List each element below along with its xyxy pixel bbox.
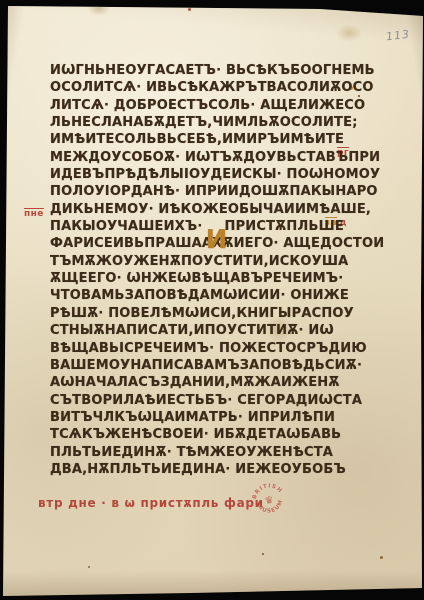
manuscript-line: ТЪМѪЖОУЖЕНѪПОУСТИТИ,ИСКОУША	[50, 253, 362, 270]
manuscript-line: РѢШѪ· ПОВЕЛѢМѠИСИ,КНИГЫРАСПОУ	[50, 305, 362, 322]
manuscript-line: ИѠГНЬНЕОУГАСАЕТЪ· ВЬСѢКЪБООГНЕМЬ	[50, 62, 362, 79]
manuscript-line: ДИКЬНЕМОУ· ИѢКОЖЕОБЫЧАИИМѢАШЕ,	[50, 201, 362, 218]
manuscript-line: ЛЬНЕСЛАНАБѪДЕТЪ,ЧИМЛЬѪОСОЛИТЕ;	[50, 114, 362, 131]
parchment-stain	[88, 0, 110, 16]
crown-icon: ♛	[264, 495, 275, 508]
manuscript-line: ВАШЕМОУНАПИСАВАМЪЗАПОВѢДЬСИѪ·	[50, 357, 362, 374]
manuscript-line: ОСОЛИТСѦ· ИВЬСѢКАЖРЪТВАСОЛИѪОСО	[50, 79, 362, 96]
manuscript-line: ВѢЩАВЬІСРЕЧЕИМЪ· ПОЖЕСТОСРЪДИЮ	[50, 340, 362, 357]
manuscript-line: ДВА,НѪПЛЬТЬИЕДИНА· ИЕЖЕОУБОБЪ	[50, 461, 362, 478]
ink-fleck	[88, 566, 90, 568]
manuscript-line: ѪЩЕЕГО· ѠНЖЕѠВѢЩАВЪРЕЧЕИМЪ·	[50, 270, 362, 287]
manuscript-line: ЛИТСѦ· ДОБРОЕСТЪСОЛЬ· АЩЕЛИЖЕСО	[50, 97, 362, 114]
manuscript-line: МЕЖДОУСОБОѪ· ИѠТЪѪДОУВЬСТАВЪПРИ	[50, 149, 362, 166]
manuscript-line: АѠНАЧАЛАСЪЗДАНИИ,МѪЖАИЖЕНѪ	[50, 374, 362, 391]
manuscript-page: 113 пне рг зад ИѠГНЬНЕОУГАСАЕТЪ· ВЬСѢКЪБ…	[0, 0, 424, 600]
text-block: ИѠГНЬНЕОУГАСАЕТЪ· ВЬСѢКЪБООГНЕМЬОСОЛИТСѦ…	[50, 62, 362, 478]
manuscript-line: ИДЕВЪПРѢДѢЛЫІОУДЕИСКЫ· ПОѠНОМОУ	[50, 166, 362, 183]
ink-fleck	[262, 553, 264, 555]
ink-fleck	[380, 556, 383, 559]
manuscript-line: ИМѢИТЕСОЛЬВЬСЕБѢ,ИМИРЪИМѢИТЕ	[50, 131, 362, 148]
line-text: ПАКЫОУЧАШЕИХЪ·	[50, 219, 202, 234]
manuscript-line: СЪТВОРИЛАѢИЕСТЬБЪ· СЕГОРАДИѠСТА	[50, 392, 362, 409]
manuscript-line: ЧТОВАМЬЗАПОВѢДАМѠИСИИ· ОНИЖЕ	[50, 287, 362, 304]
manuscript-line: ВИТЪЧЛКЪѠЦАИМАТРЬ· ИПРИЛѢПИ	[50, 409, 362, 426]
manuscript-line: ПОЛОУІОРДАНѢ· ИПРИИДОШѪПАКЫНАРО	[50, 183, 362, 200]
folio-number: 113	[385, 28, 410, 44]
ink-fleck	[188, 8, 191, 11]
manuscript-line: ПЛЬТЬИЕДИНѪ· ТѢМЖЕОУЖЕНѢСТА	[50, 444, 362, 461]
lectionary-rubric: втр дне · в ѡ пристѫпль фари	[38, 496, 264, 510]
manuscript-line: ТСѦКЪЖЕНѢСВОЕИ· ИБѪДЕТАѠБАВЬ	[50, 426, 362, 443]
margin-mark-left-day: пне	[24, 209, 44, 219]
illuminated-initial: И	[205, 227, 227, 253]
manuscript-line: ПАКЫОУЧАШЕИХЪ·ИПРИСТѪПЛЬШЕ	[50, 218, 362, 235]
line-text: ПРИСТѪПЛЬШЕ	[224, 219, 343, 234]
parchment-stain	[336, 24, 362, 42]
manuscript-line: СТНЫѪНАПИСАТИ,ИПОУСТИТИѪ· ИѠ	[50, 322, 362, 339]
british-museum-stamp: BRITISH MUSEUM ♛	[246, 477, 292, 523]
